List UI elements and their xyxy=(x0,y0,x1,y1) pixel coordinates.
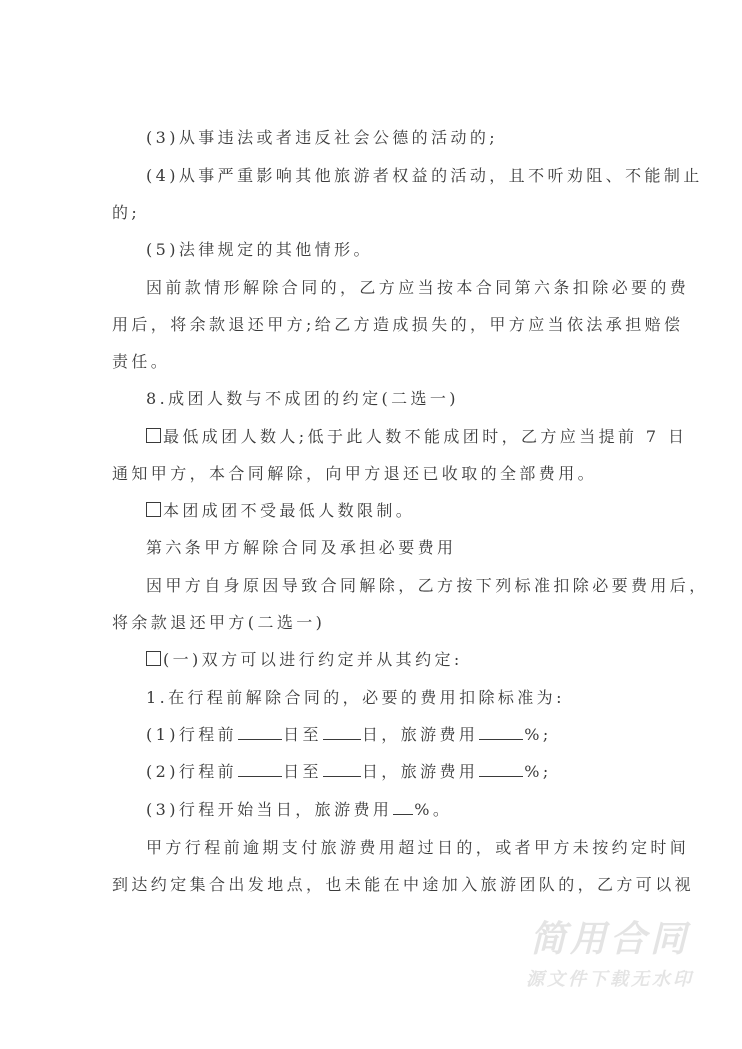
option-min-group-size: 最低成团人数人;低于此人数不能成团时，乙方应当提前 7 日 xyxy=(146,427,687,447)
clause-item-5: (5)法律规定的其他情形。 xyxy=(146,240,373,260)
fee-row-2-days-to-blank[interactable] xyxy=(323,762,361,777)
fee-row-1: (1)行程前日至日，旅游费用%; xyxy=(146,725,552,745)
article-6-heading: 第六条甲方解除合同及承担必要费用 xyxy=(146,538,456,558)
paragraph-refund: 因前款情形解除合同的，乙方应当按本合同第六条扣除必要的费 xyxy=(146,278,689,298)
fee-row-1-percent-blank[interactable] xyxy=(479,725,523,740)
paragraph-refund-cont-1: 用后，将余款退还甲方;给乙方造成损失的，甲方应当依法承担赔偿 xyxy=(112,315,683,335)
fee-row-1-suffix: %; xyxy=(524,725,551,744)
fee-row-3-suffix: %。 xyxy=(414,800,452,819)
fee-row-2-mid1: 日至 xyxy=(283,762,322,781)
option-no-min-limit-label: 本团成团不受最低人数限制。 xyxy=(163,501,415,520)
fee-row-2-mid2: 日，旅游费用 xyxy=(362,762,478,781)
fee-row-2: (2)行程前日至日，旅游费用%; xyxy=(146,762,552,782)
option-min-group-size-cont: 通知甲方，本合同解除，向甲方退还已收取的全部费用。 xyxy=(112,464,597,484)
option-no-min-limit: 本团成团不受最低人数限制。 xyxy=(146,501,415,521)
fee-row-1-mid1: 日至 xyxy=(283,725,322,744)
fee-row-2-days-from-blank[interactable] xyxy=(238,762,282,777)
fee-row-1-prefix: (1)行程前 xyxy=(146,725,237,744)
option-mutual-agreement: (一)双方可以进行约定并从其约定: xyxy=(146,650,463,670)
fee-standard-heading: 1.在行程前解除合同的，必要的费用扣除标准为: xyxy=(146,688,565,708)
fee-row-2-prefix: (2)行程前 xyxy=(146,762,237,781)
paragraph-refund-cont-2: 责任。 xyxy=(112,352,170,372)
fee-row-1-days-from-blank[interactable] xyxy=(238,725,282,740)
checkbox-mutual-agreement[interactable] xyxy=(146,651,161,666)
article-6-intro: 因甲方自身原因导致合同解除，乙方按下列标准扣除必要费用后， xyxy=(146,576,709,596)
watermark-subtitle: 源文件下载无水印 xyxy=(510,966,710,994)
section-8-heading: 8.成团人数与不成团的约定(二选一) xyxy=(146,389,459,409)
late-payment-paragraph-cont: 到达约定集合出发地点，也未能在中途加入旅游团队的，乙方可以视 xyxy=(112,875,694,895)
fee-row-1-days-to-blank[interactable] xyxy=(323,725,361,740)
fee-row-3-percent-blank[interactable] xyxy=(393,800,413,815)
fee-row-2-suffix: %; xyxy=(524,762,551,781)
checkbox-no-min-limit[interactable] xyxy=(146,502,161,517)
late-payment-paragraph: 甲方行程前逾期支付旅游费用超过日的，或者甲方未按约定时间 xyxy=(146,838,689,858)
clause-item-4-cont: 的; xyxy=(112,203,140,223)
fee-row-1-mid2: 日，旅游费用 xyxy=(362,725,478,744)
option-mutual-agreement-label: (一)双方可以进行约定并从其约定: xyxy=(163,650,463,669)
watermark: 简用合同 源文件下载无水印 xyxy=(510,918,710,994)
option-min-group-size-label: 最低成团人数人;低于此人数不能成团时，乙方应当提前 7 日 xyxy=(163,427,687,446)
clause-item-3: (3)从事违法或者违反社会公德的活动的; xyxy=(146,128,498,148)
fee-row-3: (3)行程开始当日，旅游费用%。 xyxy=(146,800,452,820)
clause-item-4: (4)从事严重影响其他旅游者权益的活动，且不听劝阻、不能制止 xyxy=(146,166,703,186)
fee-row-3-prefix: (3)行程开始当日，旅游费用 xyxy=(146,800,392,819)
fee-row-2-percent-blank[interactable] xyxy=(479,762,523,777)
checkbox-min-group-size[interactable] xyxy=(146,428,161,443)
watermark-title: 简用合同 xyxy=(510,918,710,962)
article-6-intro-cont: 将余款退还甲方(二选一) xyxy=(112,613,325,633)
